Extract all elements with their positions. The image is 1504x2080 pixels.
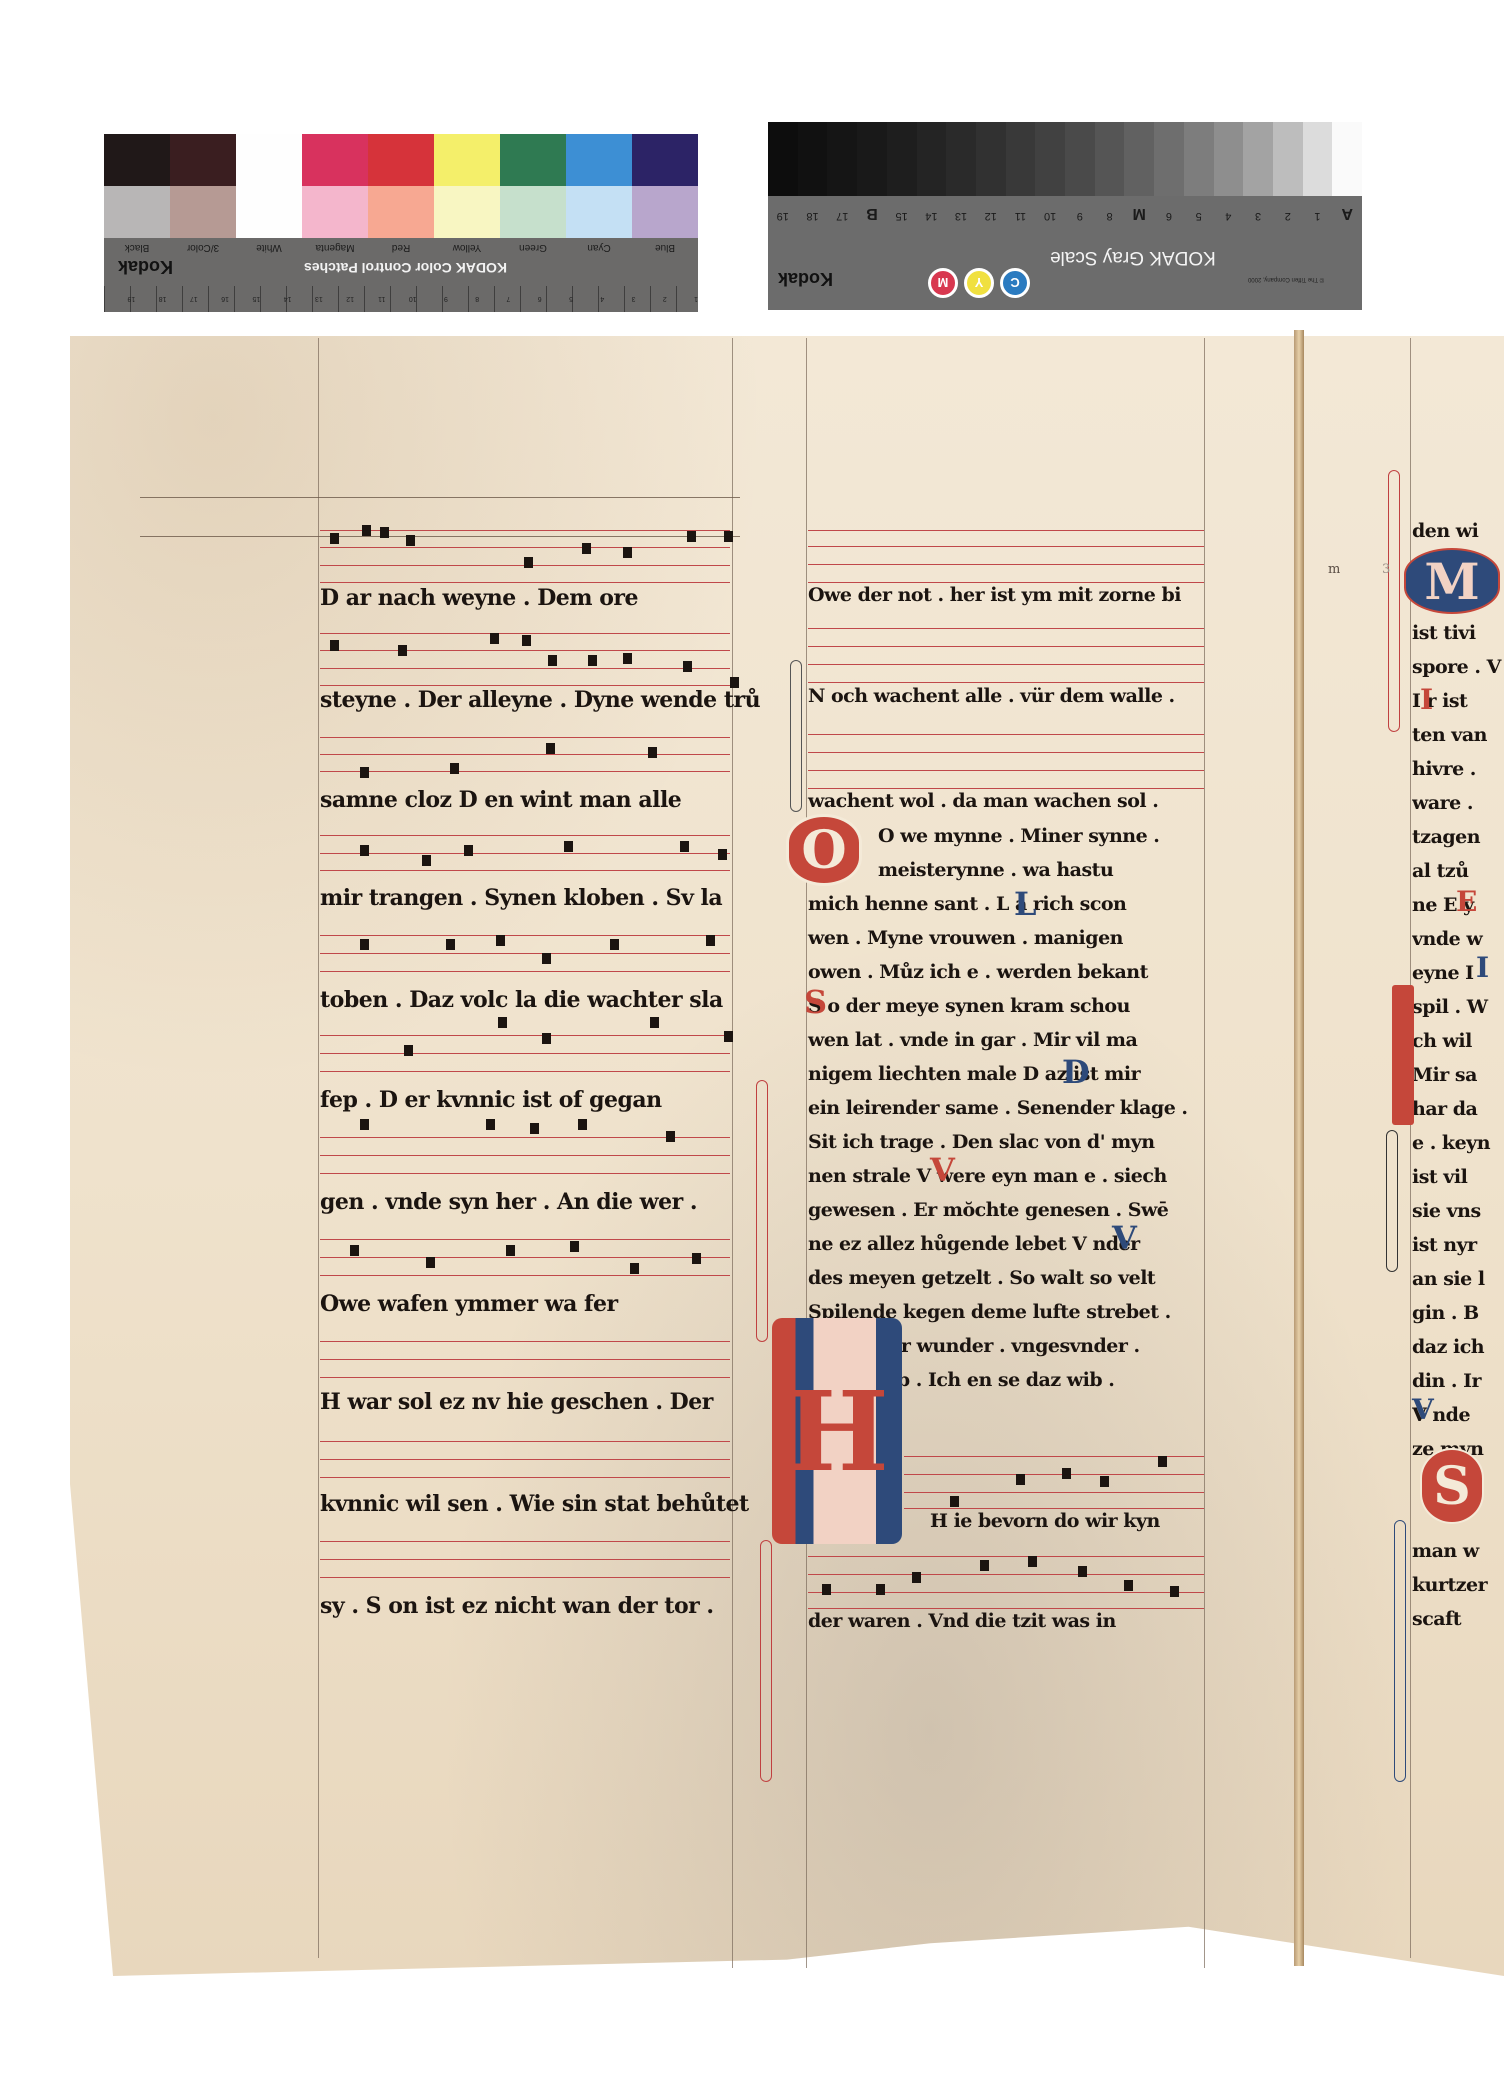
text-line: Mir sa bbox=[1412, 1064, 1477, 1086]
patch-label: Green bbox=[500, 242, 566, 253]
kodak-logo: Kodak bbox=[778, 268, 833, 289]
text-line: Sit ich trage . Den slac von d' myn bbox=[808, 1131, 1155, 1153]
staff-line bbox=[320, 1577, 730, 1578]
cm-ruler-ticks: 1 2 3 4 5 6 7 8 9 10 11 12 13 14 15 16 1… bbox=[104, 295, 698, 302]
step-label: 3 bbox=[1243, 204, 1273, 222]
patch-white bbox=[236, 134, 302, 186]
tick: 3 bbox=[604, 295, 635, 302]
patch-white-tint bbox=[236, 186, 302, 238]
text-line: meisterynne . wa hastu bbox=[878, 859, 1113, 881]
text-line: ist vil bbox=[1412, 1166, 1467, 1188]
patch-red bbox=[368, 134, 434, 186]
staff-line bbox=[320, 1275, 730, 1276]
staff-line bbox=[320, 547, 730, 548]
step-label: 12 bbox=[976, 204, 1006, 222]
gray-steps bbox=[768, 122, 1362, 196]
patch-magenta-tint bbox=[302, 186, 368, 238]
step-label: 10 bbox=[1035, 204, 1065, 222]
initial-v-red: V bbox=[930, 1154, 955, 1186]
text-line: ware . bbox=[1412, 792, 1473, 814]
magenta-dot-icon: M bbox=[928, 268, 958, 298]
neume bbox=[360, 767, 369, 778]
text-line: ein leirender same . Senender klage . bbox=[808, 1097, 1188, 1119]
text-line: vnde w bbox=[1412, 928, 1482, 950]
text-line: tzagen bbox=[1412, 826, 1480, 848]
gray-step-5 bbox=[1184, 122, 1214, 196]
neume bbox=[330, 640, 339, 651]
ruling-line bbox=[806, 338, 807, 1968]
neume bbox=[1170, 1586, 1179, 1597]
gray-scale-title: KODAK Gray Scale bbox=[1050, 246, 1216, 268]
staff-line bbox=[808, 1592, 1204, 1593]
step-label: 17 bbox=[827, 204, 857, 222]
tick: 9 bbox=[417, 295, 448, 302]
text-line: sie vns bbox=[1412, 1200, 1481, 1222]
staff-line bbox=[320, 668, 730, 669]
kodak-color-target: Blue Cyan Green Yellow Red Magenta White… bbox=[104, 134, 698, 312]
neume bbox=[718, 849, 727, 860]
staff-line bbox=[320, 771, 730, 772]
neume bbox=[683, 661, 692, 672]
ruling-line bbox=[140, 497, 740, 498]
step-label: B bbox=[857, 204, 887, 222]
neume bbox=[486, 1119, 495, 1130]
patch-black bbox=[104, 134, 170, 186]
text-line: nigem liechten male D az ist mir bbox=[808, 1063, 1140, 1085]
neume bbox=[564, 841, 573, 852]
staff-line bbox=[320, 582, 730, 583]
patch-label: Red bbox=[368, 242, 434, 253]
neume bbox=[1028, 1556, 1037, 1567]
patch-cyan-tint bbox=[566, 186, 632, 238]
staff-line bbox=[320, 971, 730, 972]
staff-line bbox=[808, 1574, 1204, 1575]
patch-magenta bbox=[302, 134, 368, 186]
tick: 13 bbox=[292, 295, 323, 302]
staff-line bbox=[320, 1359, 730, 1360]
neume bbox=[360, 939, 369, 950]
neume bbox=[498, 1017, 507, 1028]
step-label: 8 bbox=[1095, 204, 1125, 222]
gray-step-M bbox=[1124, 122, 1154, 196]
tick: 15 bbox=[229, 295, 260, 302]
neume bbox=[724, 1031, 733, 1042]
patch-label: Yellow bbox=[434, 242, 500, 253]
text-line: eyne I bbox=[1412, 962, 1474, 984]
staff-line bbox=[904, 1474, 1204, 1475]
tick: 16 bbox=[198, 295, 229, 302]
neume bbox=[380, 527, 389, 538]
flourish-decoration bbox=[760, 1540, 772, 1782]
tick: 10 bbox=[385, 295, 416, 302]
text-line: ch wil bbox=[1412, 1030, 1472, 1052]
text-line: scaft bbox=[1412, 1608, 1461, 1630]
patch-label: Cyan bbox=[566, 242, 632, 253]
staff-line bbox=[320, 835, 730, 836]
staff-line bbox=[320, 685, 730, 686]
text-line: kvnnic wil sen . Wie sin stat behůtet bbox=[320, 1491, 749, 1517]
neume bbox=[522, 635, 531, 646]
tick: 11 bbox=[354, 295, 385, 302]
initial-v-blue: V bbox=[1112, 1222, 1137, 1254]
patch-labels: Blue Cyan Green Yellow Red Magenta White… bbox=[104, 242, 698, 253]
neume bbox=[687, 531, 696, 542]
initial-v-blue: V bbox=[1412, 1396, 1434, 1424]
text-line: steyne . Der alleyne . Dyne wende trů bbox=[320, 687, 760, 713]
staff-line bbox=[320, 1341, 730, 1342]
gray-step-18 bbox=[798, 122, 828, 196]
staff-line bbox=[904, 1492, 1204, 1493]
tick: 17 bbox=[166, 295, 197, 302]
staff-line bbox=[808, 1556, 1204, 1557]
neume bbox=[730, 677, 739, 688]
neume bbox=[464, 845, 473, 856]
staff-line bbox=[808, 530, 1204, 531]
gray-step-11 bbox=[1006, 122, 1036, 196]
tick: 5 bbox=[542, 295, 573, 302]
kodak-gray-scale: A 1 2 3 4 5 6 M 8 9 10 11 12 13 14 15 B … bbox=[768, 122, 1362, 310]
text-line: din . Ir bbox=[1412, 1370, 1481, 1392]
text-line: S o der meye synen kram schou bbox=[808, 995, 1130, 1017]
neume bbox=[623, 547, 632, 558]
neume bbox=[406, 535, 415, 546]
step-label: 13 bbox=[946, 204, 976, 222]
initial-i-blue: I bbox=[1476, 954, 1489, 982]
gray-step-12 bbox=[976, 122, 1006, 196]
staff-line bbox=[320, 1071, 730, 1072]
step-label: 9 bbox=[1065, 204, 1095, 222]
margin-note: m bbox=[1328, 562, 1340, 577]
step-label: 19 bbox=[768, 204, 798, 222]
neume bbox=[610, 939, 619, 950]
tick: 1 bbox=[667, 295, 698, 302]
staff-line bbox=[320, 1035, 730, 1036]
neume bbox=[446, 939, 455, 950]
margin-note: 3 bbox=[1382, 562, 1390, 577]
text-line: gewesen . Er mŏchte genesen . Swē bbox=[808, 1199, 1168, 1221]
patch-row-tint bbox=[104, 186, 698, 238]
illuminated-initial-h: H bbox=[772, 1318, 902, 1544]
neume bbox=[1078, 1566, 1087, 1577]
cyan-dot-icon: C bbox=[1000, 268, 1030, 298]
staff-line bbox=[320, 1477, 730, 1478]
staff-line bbox=[808, 682, 1204, 683]
patch-3color bbox=[170, 134, 236, 186]
staff-line bbox=[808, 664, 1204, 665]
illuminated-initial-o: O bbox=[786, 814, 862, 886]
staff-line bbox=[320, 953, 730, 954]
text-line: Owe wafen ymmer wa fer bbox=[320, 1291, 618, 1317]
text-line: ten van bbox=[1412, 724, 1487, 746]
patch-blue bbox=[632, 134, 698, 186]
staff-line bbox=[808, 1608, 1204, 1609]
staff-line bbox=[808, 628, 1204, 629]
text-line: wachent wol . da man wachen sol . bbox=[808, 790, 1158, 812]
text-line: N och wachent alle . vür dem walle . bbox=[808, 685, 1175, 707]
staff-line bbox=[904, 1508, 1204, 1509]
step-label: 15 bbox=[887, 204, 917, 222]
neume bbox=[422, 855, 431, 866]
text-line: Owe der not . her ist ym mit zorne bi bbox=[808, 584, 1181, 606]
neume bbox=[542, 953, 551, 964]
tick: 19 bbox=[104, 295, 135, 302]
step-label: 1 bbox=[1303, 204, 1333, 222]
illuminated-initial-m: M bbox=[1404, 548, 1500, 614]
patch-green-tint bbox=[500, 186, 566, 238]
gray-step-1 bbox=[1303, 122, 1333, 196]
text-line: den wi bbox=[1412, 520, 1478, 542]
text-line: e . keyn bbox=[1412, 1132, 1490, 1154]
manuscript-parchment bbox=[70, 336, 1504, 1976]
neume bbox=[450, 763, 459, 774]
initial-i-red: I bbox=[1420, 686, 1433, 714]
tick: 7 bbox=[479, 295, 510, 302]
staff-line bbox=[320, 1239, 730, 1240]
step-label: 4 bbox=[1213, 204, 1243, 222]
neume bbox=[330, 533, 339, 544]
neume bbox=[426, 1257, 435, 1268]
patch-red-tint bbox=[368, 186, 434, 238]
tick: 14 bbox=[260, 295, 291, 302]
text-line: wen lat . vnde in gar . Mir vil ma bbox=[808, 1029, 1137, 1051]
tick: 8 bbox=[448, 295, 479, 302]
neume bbox=[1062, 1468, 1071, 1479]
text-line: ist nyr bbox=[1412, 1234, 1477, 1256]
flourish-decoration bbox=[756, 1080, 768, 1342]
color-target-title: KODAK Color Control Patches bbox=[304, 260, 507, 276]
neume bbox=[548, 655, 557, 666]
neume bbox=[350, 1245, 359, 1256]
staff-line bbox=[808, 564, 1204, 565]
flourish-decoration bbox=[790, 660, 802, 812]
gray-step-2 bbox=[1273, 122, 1303, 196]
text-line: fep . D er kvnnic ist of gegan bbox=[320, 1087, 662, 1113]
neume bbox=[630, 1263, 639, 1274]
text-line: H ie bevorn do wir kyn bbox=[930, 1510, 1160, 1532]
step-label: 5 bbox=[1184, 204, 1214, 222]
tick: 6 bbox=[510, 295, 541, 302]
tick: 12 bbox=[323, 295, 354, 302]
staff-line bbox=[320, 1459, 730, 1460]
text-line: spore . V bbox=[1412, 656, 1501, 678]
neume bbox=[623, 653, 632, 664]
neume bbox=[680, 841, 689, 852]
gray-step-15 bbox=[887, 122, 917, 196]
neume bbox=[542, 1033, 551, 1044]
text-line: daz ich bbox=[1412, 1336, 1484, 1358]
staff-line bbox=[808, 770, 1204, 771]
text-line: har da bbox=[1412, 1098, 1477, 1120]
staff-line bbox=[320, 1541, 730, 1542]
kodak-logo: Kodak bbox=[118, 256, 173, 277]
patch-label: 3/Color bbox=[170, 242, 236, 253]
tick: 2 bbox=[635, 295, 666, 302]
staff-line bbox=[808, 788, 1204, 789]
staff-line bbox=[808, 582, 1204, 583]
gray-step-A bbox=[1332, 122, 1362, 196]
neume bbox=[980, 1560, 989, 1571]
illuminated-initial-i bbox=[1392, 985, 1414, 1125]
staff-line bbox=[320, 1053, 730, 1054]
ruling-line bbox=[318, 338, 319, 1958]
text-line: des meyen getzelt . So walt so velt bbox=[808, 1267, 1155, 1289]
text-line: mich henne sant . L a rich scon bbox=[808, 893, 1126, 915]
staff-line bbox=[320, 1441, 730, 1442]
ruling-line bbox=[732, 338, 733, 1968]
neume bbox=[650, 1017, 659, 1028]
text-line: nen strale V were eyn man e . siech bbox=[808, 1165, 1167, 1187]
tick: 4 bbox=[573, 295, 604, 302]
staff-line bbox=[808, 734, 1204, 735]
gray-step-13 bbox=[946, 122, 976, 196]
text-line: an sie l bbox=[1412, 1268, 1485, 1290]
neume bbox=[362, 525, 371, 536]
text-line: D ar nach weyne . Dem ore bbox=[320, 585, 638, 611]
neume bbox=[1158, 1456, 1167, 1467]
neume bbox=[706, 935, 715, 946]
initial-e-red: E bbox=[1456, 888, 1477, 916]
gray-step-14 bbox=[917, 122, 947, 196]
neume bbox=[398, 645, 407, 656]
neume bbox=[950, 1496, 959, 1507]
text-line: kurtzer bbox=[1412, 1574, 1487, 1596]
neume bbox=[822, 1584, 831, 1595]
flourish-decoration bbox=[1394, 1520, 1406, 1782]
staff-line bbox=[808, 546, 1204, 547]
neume bbox=[524, 557, 533, 568]
gray-step-4 bbox=[1214, 122, 1244, 196]
gray-step-8 bbox=[1095, 122, 1125, 196]
text-line: mir trangen . Synen kloben . Sv la bbox=[320, 885, 722, 911]
text-line: ne ez allez hůgende lebet V nder bbox=[808, 1233, 1140, 1255]
text-line: wen . Myne vrouwen . manigen bbox=[808, 927, 1123, 949]
text-line: sy . S on ist ez nicht wan der tor . bbox=[320, 1593, 714, 1619]
staff-line bbox=[320, 650, 730, 651]
gray-step-10 bbox=[1035, 122, 1065, 196]
patch-cyan bbox=[566, 134, 632, 186]
gray-step-B bbox=[857, 122, 887, 196]
text-line: al tzů bbox=[1412, 860, 1469, 882]
neume bbox=[692, 1253, 701, 1264]
step-label: 2 bbox=[1273, 204, 1303, 222]
initial-d-blue: D bbox=[1062, 1056, 1090, 1088]
step-label: 14 bbox=[916, 204, 946, 222]
staff-line bbox=[320, 1257, 730, 1258]
patch-row-saturated bbox=[104, 134, 698, 186]
staff-line bbox=[808, 752, 1204, 753]
staff-line bbox=[808, 646, 1204, 647]
patch-yellow-tint bbox=[434, 186, 500, 238]
step-label: A bbox=[1332, 204, 1362, 222]
neume bbox=[404, 1045, 413, 1056]
patch-yellow bbox=[434, 134, 500, 186]
text-line: toben . Daz volc la die wachter sla bbox=[320, 987, 723, 1013]
step-label: M bbox=[1124, 204, 1154, 222]
gray-scale-copyright: © The Tiffen Company, 2000 bbox=[1248, 276, 1324, 282]
gray-step-labels: A 1 2 3 4 5 6 M 8 9 10 11 12 13 14 15 B … bbox=[768, 204, 1362, 222]
left-column: D ar nach weyne . Dem ore steyne . Der a… bbox=[320, 505, 730, 1635]
illuminated-initial-s: S bbox=[1420, 1448, 1484, 1524]
neume bbox=[912, 1572, 921, 1583]
neume bbox=[876, 1584, 885, 1595]
text-line: spil . W bbox=[1412, 996, 1488, 1018]
flourish-decoration bbox=[1388, 470, 1400, 732]
staff-line bbox=[320, 1377, 730, 1378]
neume bbox=[530, 1123, 539, 1134]
text-line: samne cloz D en wint man alle bbox=[320, 787, 681, 813]
gray-step-19 bbox=[768, 122, 798, 196]
tick: 18 bbox=[135, 295, 166, 302]
neume bbox=[490, 633, 499, 644]
gray-step-3 bbox=[1243, 122, 1273, 196]
patch-label: Blue bbox=[632, 242, 698, 253]
ruling-line bbox=[1204, 338, 1205, 1968]
patch-label: Black bbox=[104, 242, 170, 253]
patch-blue-tint bbox=[632, 186, 698, 238]
patch-label: White bbox=[236, 242, 302, 253]
staff-line bbox=[320, 754, 730, 755]
text-line: der waren . Vnd die tzit was in bbox=[808, 1610, 1116, 1632]
neume bbox=[578, 1119, 587, 1130]
step-label: 6 bbox=[1154, 204, 1184, 222]
neume bbox=[570, 1241, 579, 1252]
gray-step-17 bbox=[827, 122, 857, 196]
initial-s-red: S bbox=[804, 986, 827, 1018]
staff-line bbox=[320, 1155, 730, 1156]
initial-l-blue: L bbox=[1014, 888, 1037, 920]
step-label: 11 bbox=[1006, 204, 1036, 222]
neume bbox=[1100, 1476, 1109, 1487]
neume bbox=[506, 1245, 515, 1256]
staff-line bbox=[320, 1559, 730, 1560]
patch-3color-tint bbox=[170, 186, 236, 238]
flourish-decoration bbox=[1386, 1130, 1398, 1272]
neume bbox=[1124, 1580, 1133, 1591]
staff-line bbox=[320, 870, 730, 871]
text-line: O we mynne . Miner synne . bbox=[878, 825, 1159, 847]
text-line: hivre . bbox=[1412, 758, 1476, 780]
yellow-dot-icon: Y bbox=[964, 268, 994, 298]
neume bbox=[546, 743, 555, 754]
staff-line bbox=[320, 1173, 730, 1174]
patch-label: Magenta bbox=[302, 242, 368, 253]
neume bbox=[648, 747, 657, 758]
patch-black-tint bbox=[104, 186, 170, 238]
text-line: man w bbox=[1412, 1540, 1479, 1562]
staff-line bbox=[320, 935, 730, 936]
text-line: owen . Můz ich e . werden bekant bbox=[808, 961, 1148, 983]
neume bbox=[588, 655, 597, 666]
text-line: H war sol ez nv hie geschen . Der bbox=[320, 1389, 713, 1415]
staff-line bbox=[320, 633, 730, 634]
binding-gutter bbox=[1294, 330, 1304, 1966]
neume bbox=[724, 531, 733, 542]
text-line: gen . vnde syn her . An die wer . bbox=[320, 1189, 697, 1215]
gray-step-9 bbox=[1065, 122, 1095, 196]
gray-step-6 bbox=[1154, 122, 1184, 196]
text-line: gin . B bbox=[1412, 1302, 1479, 1324]
neume bbox=[666, 1131, 675, 1142]
step-label: 18 bbox=[798, 204, 828, 222]
staff-line bbox=[320, 737, 730, 738]
neume bbox=[582, 543, 591, 554]
neume bbox=[1016, 1474, 1025, 1485]
neume bbox=[360, 845, 369, 856]
patch-green bbox=[500, 134, 566, 186]
neume bbox=[360, 1119, 369, 1130]
staff-line bbox=[320, 853, 730, 854]
neume bbox=[496, 935, 505, 946]
